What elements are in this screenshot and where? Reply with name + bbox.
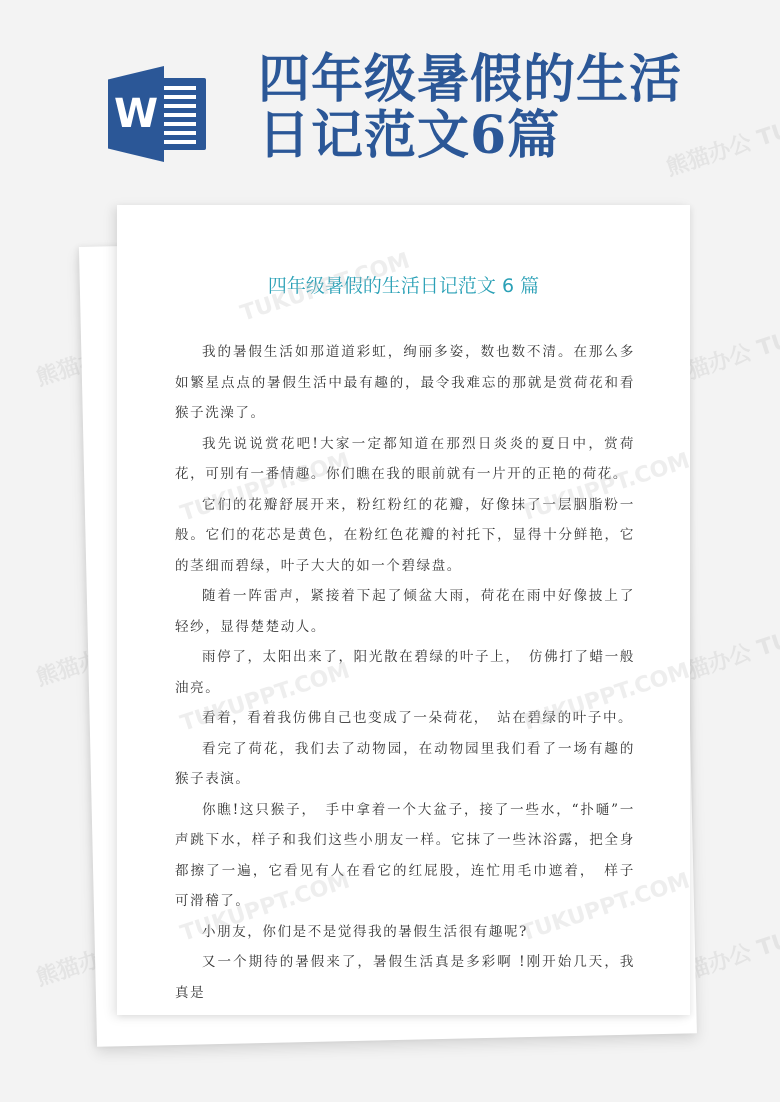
paragraph: 小朋友，你们是不是觉得我的暑假生活很有趣呢?	[175, 917, 635, 948]
paragraph: 看完了荷花，我们去了动物园，在动物园里我们看了一场有趣的猴子表演。	[175, 734, 635, 795]
paragraph: 雨停了，太阳出来了，阳光散在碧绿的叶子上， 仿佛打了蜡一般油亮。	[175, 642, 635, 703]
document-body: 我的暑假生活如那道道彩虹，绚丽多姿，数也数不清。在那么多如繁星点点的暑假生活中最…	[175, 337, 635, 1008]
word-document-icon: W	[108, 66, 208, 162]
paragraph: 看着，看着我仿佛自己也变成了一朵荷花， 站在碧绿的叶子中。	[175, 703, 635, 734]
paragraph: 它们的花瓣舒展开来，粉红粉红的花瓣，好像抹了一层胭脂粉一般。它们的花芯是黄色，在…	[175, 490, 635, 582]
header-banner: W 四年级暑假的生活 日记范文6篇	[0, 0, 780, 190]
banner-title-line-2: 日记范文6篇	[258, 108, 718, 164]
document-page: 四年级暑假的生活日记范文 6 篇 我的暑假生活如那道道彩虹，绚丽多姿，数也数不清…	[117, 205, 690, 1015]
paragraph: 随着一阵雷声，紧接着下起了倾盆大雨，荷花在雨中好像披上了轻纱，显得楚楚动人。	[175, 581, 635, 642]
document-title: 四年级暑假的生活日记范文 6 篇	[117, 273, 690, 299]
paragraph: 我先说说赏花吧!大家一定都知道在那烈日炎炎的夏日中，赏荷花，可别有一番情趣。你们…	[175, 429, 635, 490]
banner-title-line-1: 四年级暑假的生活	[258, 52, 718, 108]
word-icon-letter: W	[114, 90, 158, 138]
word-icon-cover: W	[108, 66, 164, 162]
paragraph: 我的暑假生活如那道道彩虹，绚丽多姿，数也数不清。在那么多如繁星点点的暑假生活中最…	[175, 337, 635, 429]
paragraph: 你瞧!这只猴子， 手中拿着一个大盆子，接了一些水，“扑嗵”一声跳下水，样子和我们…	[175, 795, 635, 917]
banner-title: 四年级暑假的生活 日记范文6篇	[258, 52, 718, 164]
paragraph: 又一个期待的暑假来了，暑假生活真是多彩啊 !刚开始几天，我真是	[175, 947, 635, 1008]
